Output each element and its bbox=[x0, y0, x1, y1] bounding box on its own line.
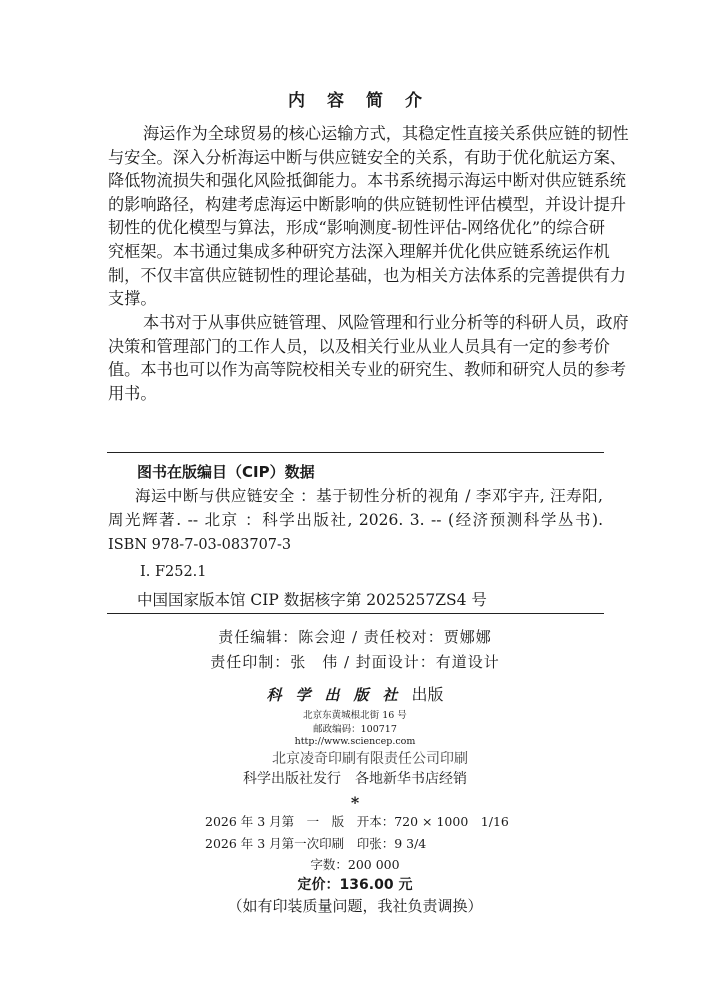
distribution: 科学出版社发行 各地新华书店经销 bbox=[0, 768, 710, 788]
cip-heading: 图书在版编目（CIP）数据 bbox=[137, 461, 315, 482]
printer: 北京凌奇印刷有限责任公司印刷 bbox=[15, 748, 720, 768]
intro-paragraph-2: 本书对于从事供应链管理、风险管理和行业分析等的科研人员，政府 决策和管理部门的工… bbox=[108, 311, 603, 405]
intro-paragraph-1: 海运作为全球贸易的核心运输方式，其稳定性直接关系供应链的韧性 与安全。深入分析海… bbox=[108, 122, 603, 311]
edition-row-2: 2026 年 3 月第一次印刷 印张：9 3/4 bbox=[205, 834, 426, 852]
cip-line: 周光辉著. -- 北京 ：科学出版社, 2026. 3. -- (经济预测科学丛… bbox=[108, 508, 603, 532]
isbn: ISBN 978-7-03-083707-3 bbox=[108, 533, 603, 557]
text-line: 本书对于从事供应链管理、风险管理和行业分析等的科研人员，政府 bbox=[108, 311, 603, 335]
cip-line: 海运中断与供应链安全 ：基于韧性分析的视角 / 李邓宇卉, 汪寿阳, bbox=[108, 484, 603, 508]
staff-line-1: 责任编辑：陈会迎 / 责任校对：贾娜娜 bbox=[0, 626, 710, 647]
price: 定价：136.00 元 bbox=[0, 874, 710, 894]
text-line: 用书。 bbox=[108, 382, 603, 406]
printed-sheets: 印张：9 3/4 bbox=[357, 836, 427, 851]
staff-line-2: 责任印制：张 伟 / 封面设计：有道设计 bbox=[0, 651, 710, 672]
replacement-note: （如有印装质量问题，我社负责调换） bbox=[0, 895, 710, 916]
text-line: 支撑。 bbox=[108, 287, 603, 311]
publisher-postcode: 邮政编码：100717 bbox=[0, 721, 710, 735]
cip-bottom-divider bbox=[107, 613, 604, 614]
text-line: 制，不仅丰富供应链韧性的理论基础，也为相关方法体系的完善提供有力 bbox=[108, 264, 603, 288]
book-format: 开本：720 × 1000 1/16 bbox=[357, 814, 509, 829]
publisher-line: 科学出版社出版 bbox=[0, 682, 710, 705]
text-line: 的影响路径，构建考虑海运中断影响的供应链韧性评估模型，并设计提升 bbox=[108, 193, 603, 217]
text-line: 决策和管理部门的工作人员，以及相关行业从业人员具有一定的参考价 bbox=[108, 335, 603, 359]
publisher-website: http://www.sciencep.com bbox=[0, 736, 710, 747]
cip-approval: 中国国家版本馆 CIP 数据核字第 2025257ZS4 号 bbox=[137, 588, 632, 612]
text-line: 值。本书也可以作为高等院校相关专业的研究生、教师和研究人员的参考 bbox=[108, 358, 603, 382]
page-title: 内容简介 bbox=[0, 86, 710, 111]
text-line: 海运作为全球贸易的核心运输方式，其稳定性直接关系供应链的韧性 bbox=[108, 122, 603, 146]
first-printing: 2026 年 3 月第一次印刷 bbox=[205, 836, 344, 851]
text-line: 与安全。深入分析海运中断与供应链安全的关系，有助于优化航运方案、 bbox=[108, 146, 603, 170]
edition-row-1: 2026 年 3 月第 一 版 开本：720 × 1000 1/16 bbox=[205, 812, 509, 830]
word-count: 字数：200 000 bbox=[0, 855, 710, 873]
publisher-suffix: 出版 bbox=[412, 685, 444, 704]
publisher-logo: 科学出版社 bbox=[266, 686, 411, 704]
separator-asterisk: * bbox=[0, 793, 710, 812]
text-line: 韧性的优化模型与算法，形成“影响测度-韧性评估-网络优化”的综合研 bbox=[108, 216, 603, 240]
classification: Ⅰ. F252.1 bbox=[140, 560, 635, 584]
first-edition: 2026 年 3 月第 一 版 bbox=[205, 814, 344, 829]
text-line: 降低物流损失和强化风险抵御能力。本书系统揭示海运中断对供应链系统 bbox=[108, 169, 603, 193]
publisher-address: 北京东黄城根北街 16 号 bbox=[0, 707, 710, 721]
cip-top-divider bbox=[107, 452, 604, 453]
text-line: 究框架。本书通过集成多种研究方法深入理解并优化供应链系统运作机 bbox=[108, 240, 603, 264]
